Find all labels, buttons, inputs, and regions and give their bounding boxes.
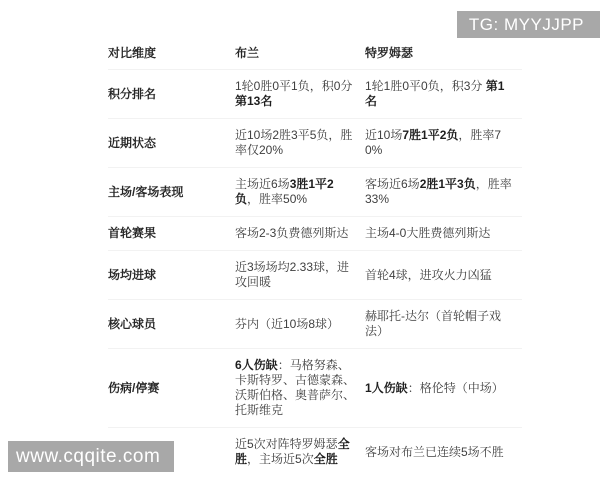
brann-cell: 近3场场均2.33球，进攻回暖 (235, 251, 365, 300)
dimension-label: 积分排名 (108, 70, 235, 119)
dimension-label: 近期状态 (108, 119, 235, 168)
cell-text: 近10场 (365, 128, 402, 142)
cell-text: 1轮0胜0平1负，积0分 (235, 79, 352, 93)
cell-text: 首轮4球，进攻火力凶猛 (365, 268, 492, 282)
table-row: 近期状态近10场2胜3平5负，胜率仅20%近10场7胜1平2负，胜率70% (108, 119, 522, 168)
cell-text: 近10场2胜3平5负，胜率仅20% (235, 128, 352, 157)
header-row: 对比维度布兰特罗姆瑟 (108, 40, 522, 70)
cell-text: 客场2-3负费德列斯达 (235, 226, 348, 240)
dimension-label: 核心球员 (108, 300, 235, 349)
cell-text: 客场对布兰已连续5场不胜 (365, 445, 504, 459)
tromso-cell: 首轮4球，进攻火力凶猛 (365, 251, 522, 300)
brann-cell: 客场2-3负费德列斯达 (235, 217, 365, 251)
team-comparison-table: 对比维度布兰特罗姆瑟 积分排名1轮0胜0平1负，积0分 第13名1轮1胜0平0负… (108, 40, 522, 476)
brann-cell: 1轮0胜0平1负，积0分 第13名 (235, 70, 365, 119)
dimension-label: 场均进球 (108, 251, 235, 300)
brann-cell: 主场近6场3胜1平2负，胜率50% (235, 168, 365, 217)
cell-text: 1轮1胜0平0负，积3分 (365, 79, 486, 93)
table-row: 积分排名1轮0胜0平1负，积0分 第13名1轮1胜0平0负，积3分 第1名 (108, 70, 522, 119)
dimension-label: 主场/客场表现 (108, 168, 235, 217)
table-body: 积分排名1轮0胜0平1负，积0分 第13名1轮1胜0平0负，积3分 第1名近期状… (108, 70, 522, 477)
tromso-cell: 1人伤缺：格伦特（中场） (365, 349, 522, 428)
tromso-cell: 近10场7胜1平2负，胜率70% (365, 119, 522, 168)
tromso-cell: 客场对布兰已连续5场不胜 (365, 428, 522, 477)
table-row: 场均进球近3场场均2.33球，进攻回暖首轮4球，进攻火力凶猛 (108, 251, 522, 300)
brann-cell: 芬内（近10场8球） (235, 300, 365, 349)
highlighted-text: 7胜1平2负 (402, 128, 458, 142)
cell-text: 芬内（近10场8球） (235, 317, 339, 331)
tromso-cell: 客场近6场2胜1平3负，胜率33% (365, 168, 522, 217)
brann-cell: 近10场2胜3平5负，胜率仅20% (235, 119, 365, 168)
table-row: 核心球员芬内（近10场8球）赫耶托-达尔（首轮帽子戏法） (108, 300, 522, 349)
table-row: 首轮赛果客场2-3负费德列斯达主场4-0大胜费德列斯达 (108, 217, 522, 251)
cell-text: ，胜率50% (247, 192, 307, 206)
telegram-watermark: TG: MYYJJPP (457, 11, 600, 38)
match-comparison-page: TG: MYYJJPP 对比维度布兰特罗姆瑟 积分排名1轮0胜0平1负，积0分 … (0, 0, 600, 480)
highlighted-text: 2胜1平3负 (420, 177, 476, 191)
cell-text: 主场4-0大胜费德列斯达 (365, 226, 490, 240)
brann-cell: 近5次对阵特罗姆瑟全胜，主场近5次全胜 (235, 428, 365, 477)
cell-text: 近5次对阵特罗姆瑟 (235, 437, 338, 451)
column-header-tromso: 特罗姆瑟 (365, 40, 522, 70)
tromso-cell: 主场4-0大胜费德列斯达 (365, 217, 522, 251)
column-header-dimension: 对比维度 (108, 40, 235, 70)
cell-text: ，主场近5次 (247, 452, 314, 466)
column-header-brann: 布兰 (235, 40, 365, 70)
cell-text: 近3场场均2.33球，进攻回暖 (235, 260, 349, 289)
dimension-label: 首轮赛果 (108, 217, 235, 251)
tromso-cell: 1轮1胜0平0负，积3分 第1名 (365, 70, 522, 119)
cell-text: ：格伦特（中场） (408, 381, 504, 395)
highlighted-text: 1人伤缺 (365, 381, 408, 395)
table-row: 伤病/停赛6人伤缺：马格努森、卡斯特罗、古德蒙森、沃斯伯格、奥普萨尔、托斯维克1… (108, 349, 522, 428)
table-row: 主场/客场表现主场近6场3胜1平2负，胜率50%客场近6场2胜1平3负，胜率33… (108, 168, 522, 217)
dimension-label: 伤病/停赛 (108, 349, 235, 428)
cell-text: 赫耶托-达尔（首轮帽子戏法） (365, 309, 501, 338)
highlighted-text: 6人伤缺 (235, 358, 278, 372)
highlighted-text: 全胜 (314, 452, 338, 466)
cell-text: 主场近6场 (235, 177, 290, 191)
tromso-cell: 赫耶托-达尔（首轮帽子戏法） (365, 300, 522, 349)
table-header: 对比维度布兰特罗姆瑟 (108, 40, 522, 70)
brann-cell: 6人伤缺：马格努森、卡斯特罗、古德蒙森、沃斯伯格、奥普萨尔、托斯维克 (235, 349, 365, 428)
site-watermark: www.cqqite.com (8, 441, 174, 472)
highlighted-text: 第13名 (235, 94, 272, 108)
cell-text: 客场近6场 (365, 177, 420, 191)
